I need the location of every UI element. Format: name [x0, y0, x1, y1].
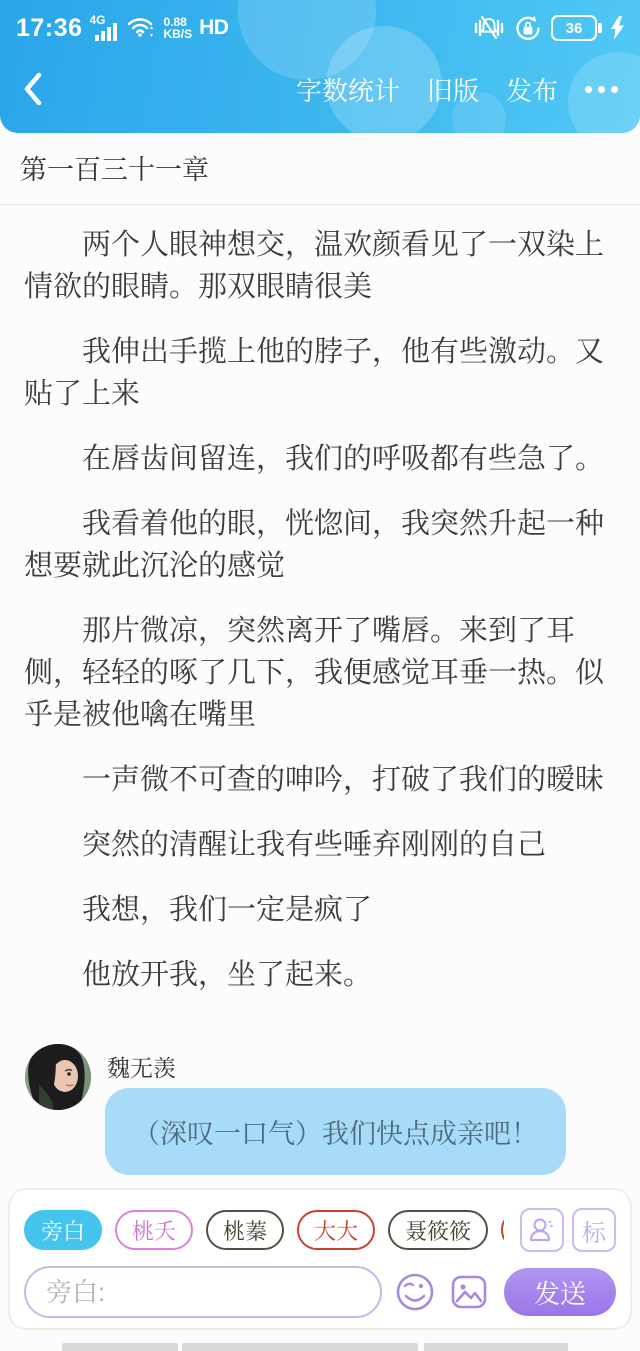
- more-menu-icon[interactable]: [585, 82, 618, 97]
- nav-bar: 字数统计 旧版 发布: [0, 52, 640, 126]
- story-content: 两个人眼神想交，温欢颜看见了一双染上情欲的眼睛。那双眼睛很美 我伸出手揽上他的脖…: [24, 224, 618, 1019]
- publish-button[interactable]: 发布: [506, 71, 558, 108]
- tag-button[interactable]: 标: [572, 1208, 616, 1252]
- word-count-button[interactable]: 字数统计: [296, 71, 400, 108]
- composer-input-row: 发送: [24, 1266, 616, 1318]
- back-icon[interactable]: [22, 71, 44, 107]
- wifi-icon: [126, 15, 156, 41]
- chip-character[interactable]: 聂筱筱: [388, 1210, 488, 1250]
- divider: [0, 204, 640, 205]
- composer-panel: 旁白 桃夭 桃蓁 大大 聂筱筱 聂 标: [8, 1188, 632, 1330]
- status-left: 17:36 4G: [16, 13, 228, 43]
- battery-nub: [598, 23, 602, 33]
- emoji-icon[interactable]: [394, 1271, 436, 1313]
- person-icon: [528, 1216, 556, 1244]
- dialogue-entry: 魏无羡 （深叹一口气）我们快点成亲吧！: [25, 1042, 620, 1172]
- hd-volte-icon: HD: [199, 16, 228, 40]
- character-chips-row: 旁白 桃夭 桃蓁 大大 聂筱筱 聂 标: [24, 1208, 616, 1252]
- chip-character[interactable]: 桃蓁: [206, 1210, 284, 1250]
- battery-percent: 36: [551, 15, 597, 41]
- charging-bolt-icon: [611, 16, 624, 40]
- speech-bubble[interactable]: （深叹一口气）我们快点成亲吧！: [105, 1088, 566, 1175]
- story-paragraph[interactable]: 突然的清醒让我有些唾弃刚刚的自己: [24, 824, 618, 866]
- clock: 17:36: [16, 14, 82, 43]
- keyboard-key-top[interactable]: [182, 1343, 418, 1351]
- story-paragraph[interactable]: 我伸出手揽上他的脖子，他有些激动。又贴了上来: [24, 331, 618, 415]
- cell-signal-icon: 4G: [89, 13, 119, 43]
- chip-narrator[interactable]: 旁白: [24, 1210, 102, 1250]
- story-paragraph[interactable]: 我看着他的眼，恍惚间，我突然升起一种想要就此沉沦的感觉: [24, 503, 618, 587]
- keyboard-key-top[interactable]: [62, 1343, 178, 1351]
- story-paragraph[interactable]: 两个人眼神想交，温欢颜看见了一双染上情欲的眼睛。那双眼睛很美: [24, 224, 618, 308]
- header: 17:36 4G: [0, 0, 640, 133]
- chip-character-clipped[interactable]: 聂: [501, 1210, 504, 1250]
- avatar[interactable]: [25, 1044, 91, 1110]
- avatar-portrait: [25, 1044, 91, 1110]
- nav-actions: 字数统计 旧版 发布: [296, 71, 618, 108]
- speed-unit: KB/S: [163, 28, 192, 40]
- app-screen: 17:36 4G: [0, 0, 640, 1351]
- image-icon[interactable]: [448, 1271, 490, 1313]
- old-version-button[interactable]: 旧版: [427, 71, 479, 108]
- story-paragraph[interactable]: 我想，我们一定是疯了: [24, 889, 618, 931]
- status-bar: 17:36 4G: [0, 6, 640, 50]
- battery-indicator: 36: [551, 15, 602, 41]
- chapter-title[interactable]: 第一百三十一章: [20, 148, 209, 187]
- story-paragraph[interactable]: 那片微凉，突然离开了嘴唇。来到了耳侧，轻轻的啄了几下，我便感觉耳垂一热。似乎是被…: [24, 610, 618, 736]
- send-button[interactable]: 发送: [504, 1268, 616, 1316]
- vibrate-mute-icon: [473, 15, 505, 41]
- story-paragraph[interactable]: 在唇齿间留连，我们的呼吸都有些急了。: [24, 438, 618, 480]
- network-speed: 0.88 KB/S: [163, 16, 192, 40]
- story-paragraph[interactable]: 一声微不可查的呻吟，打破了我们的暧昧: [24, 759, 618, 801]
- screen-lock-icon: [514, 15, 542, 42]
- story-paragraph[interactable]: 他放开我，坐了起来。: [24, 954, 618, 996]
- keyboard-key-top[interactable]: [424, 1343, 568, 1351]
- character-name[interactable]: 魏无羡: [107, 1050, 176, 1083]
- message-input[interactable]: [24, 1266, 382, 1318]
- character-manager-button[interactable]: [520, 1208, 564, 1252]
- chip-character[interactable]: 桃夭: [115, 1210, 193, 1250]
- status-right: 36: [473, 15, 624, 42]
- signal-bars-icon: [95, 21, 119, 41]
- chips-scroll-area[interactable]: 旁白 桃夭 桃蓁 大大 聂筱筱 聂: [24, 1210, 504, 1250]
- chip-character[interactable]: 大大: [297, 1210, 375, 1250]
